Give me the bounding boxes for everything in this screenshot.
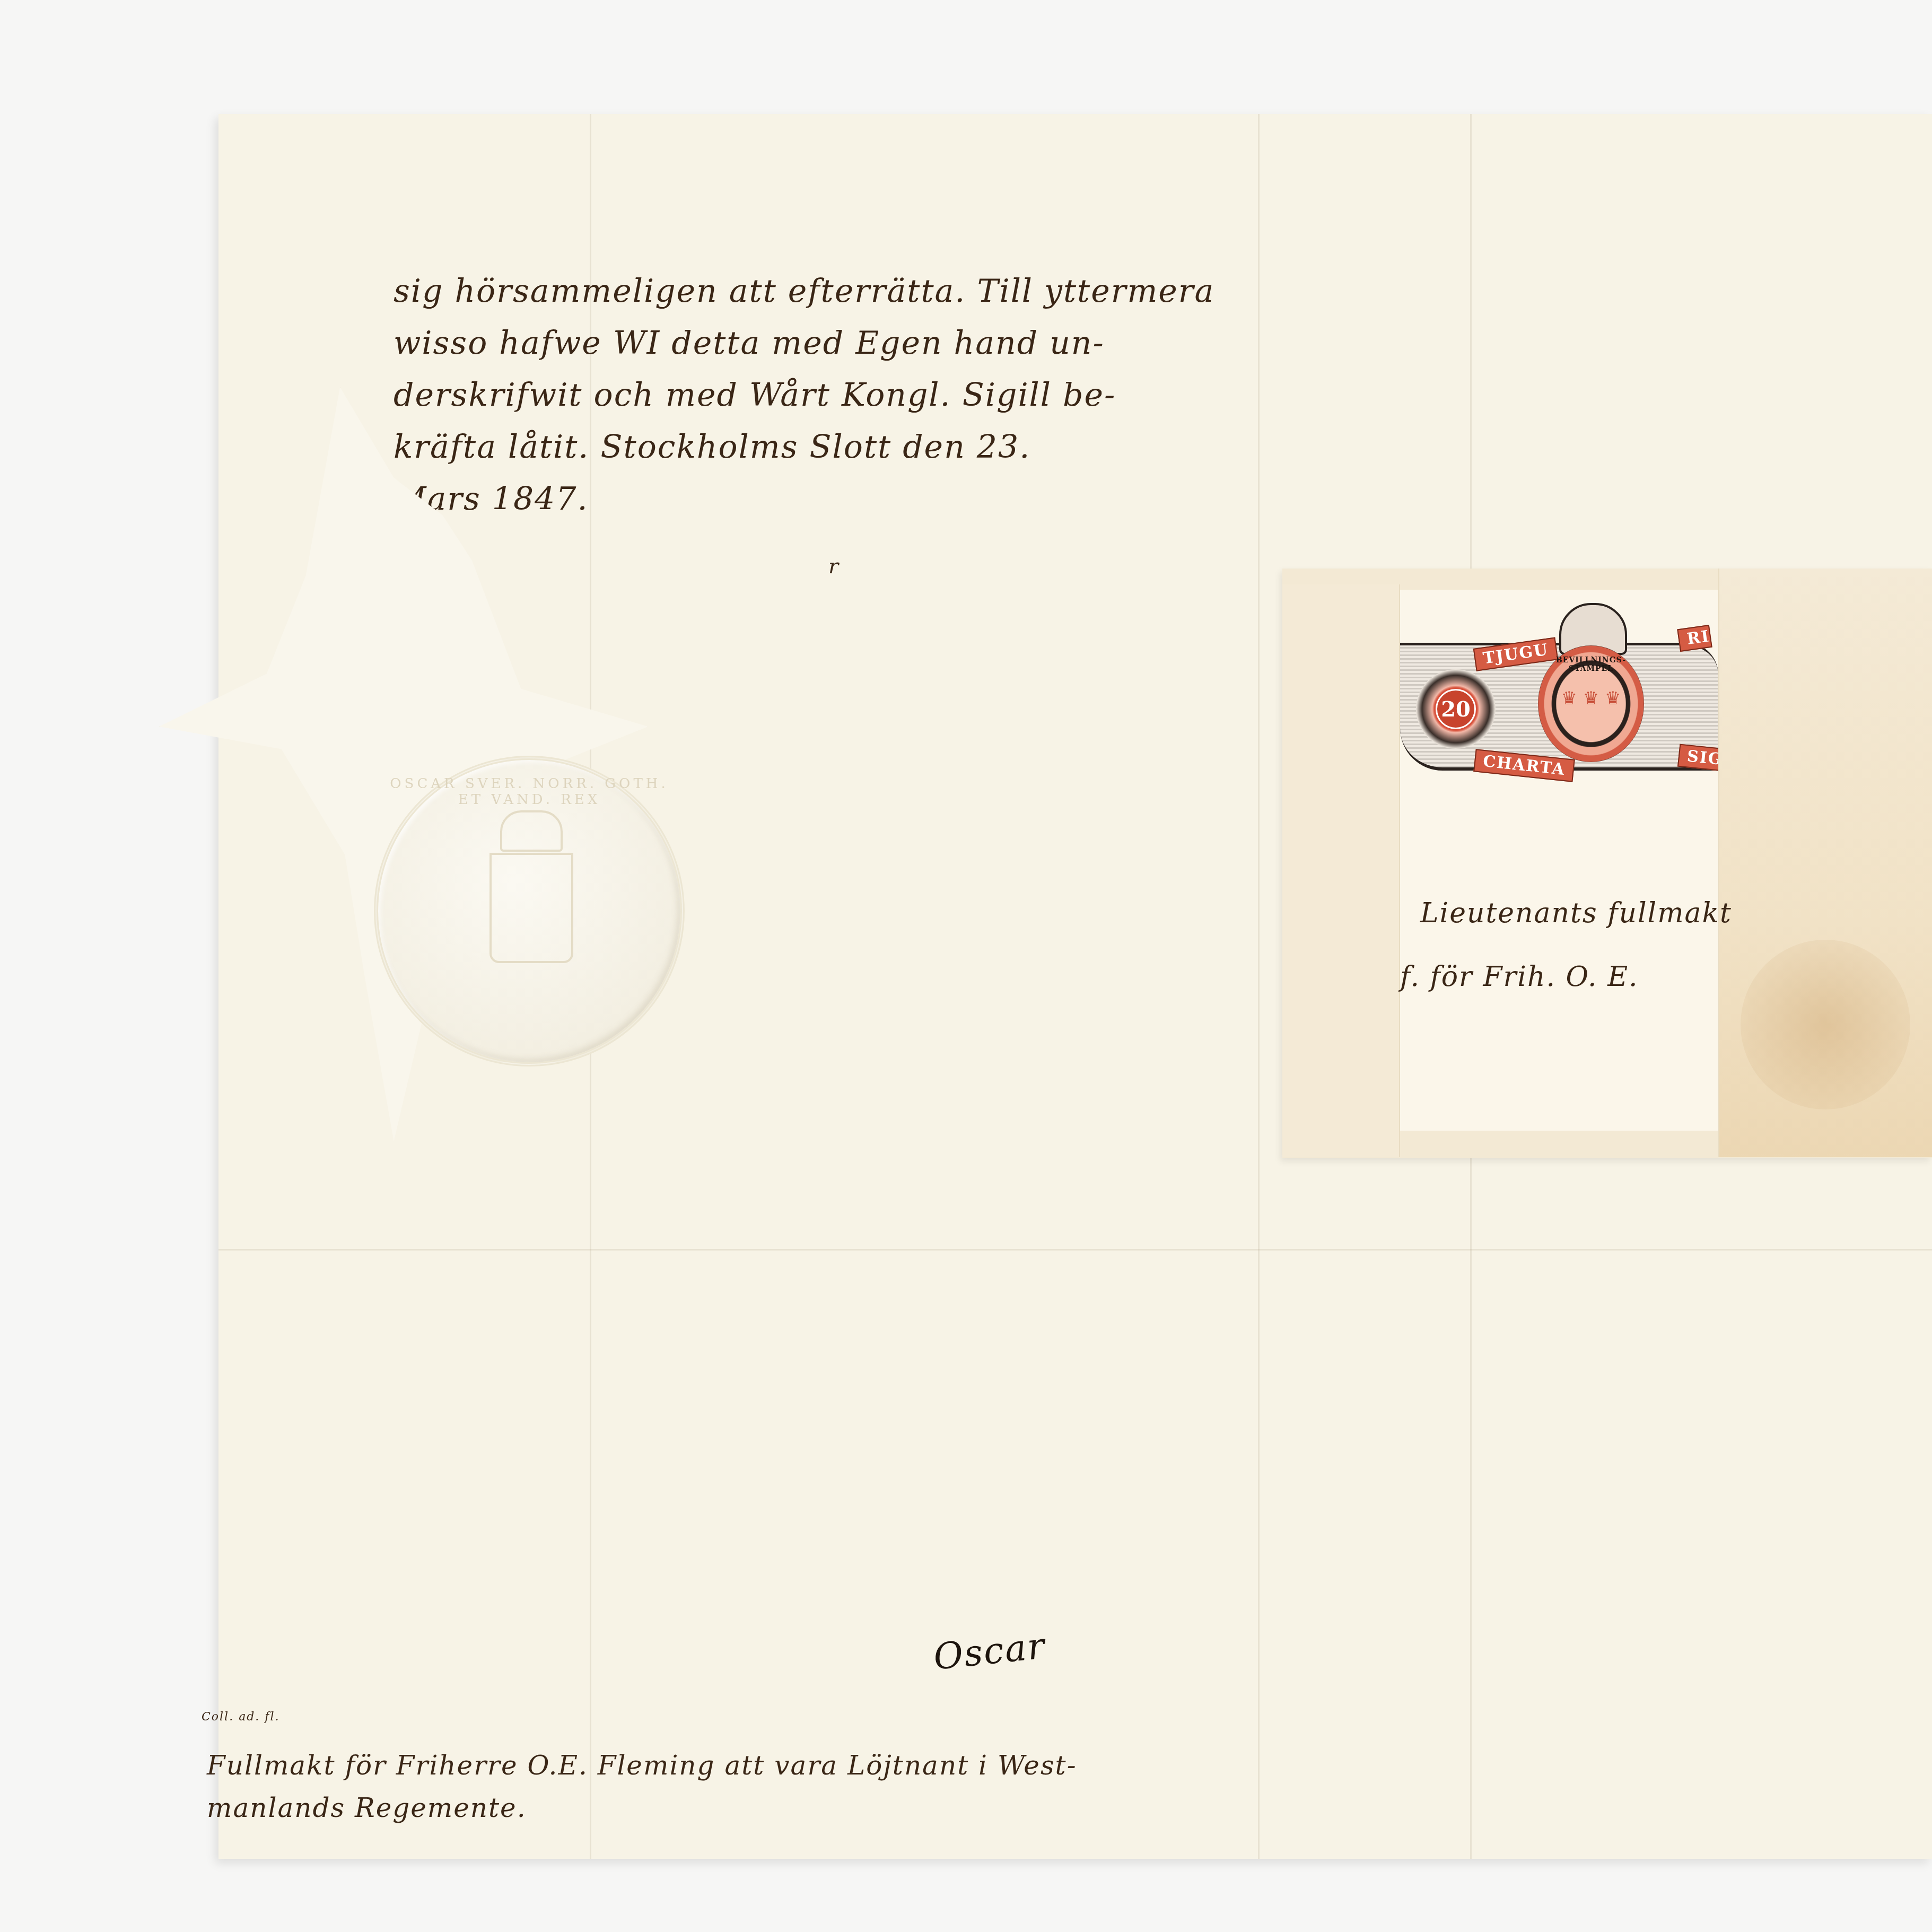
stamp-ribbon-right-top: RI <box>1677 625 1712 652</box>
crest-legend: BEVILLNINGS-STAMPEL <box>1538 656 1644 673</box>
small-ink-mark: r <box>828 554 840 579</box>
docket-note: Coll. ad. fl. <box>202 1710 280 1724</box>
stamp-paper-packet: 20 TJUGU CHARTA RI SIG BEVILLNINGS-STAMP… <box>1282 569 1932 1158</box>
embossed-seal: OSCAR SVER. NORR. GOTH. ET VAND. REX <box>374 756 685 1066</box>
stamp-ribbon-right-bottom: SIG <box>1677 744 1725 772</box>
fold-crease <box>218 1249 1932 1251</box>
text-line: wisso hafwe WI detta med Egen hand un- <box>394 317 1214 369</box>
crown-icon <box>500 810 563 852</box>
stamp-value: 20 <box>1436 689 1476 729</box>
text-line: derskrifwit och med Wårt Kongl. Sigill b… <box>394 369 1214 421</box>
right-flap <box>1718 569 1932 1157</box>
fold-crease <box>1258 114 1260 1859</box>
text-line: Mars 1847. <box>394 473 1214 525</box>
stamp-page-text-line: f. för Frih. O. E. <box>1400 961 1639 993</box>
docket-line: Fullmakt för Friherre O.E. Fleming att v… <box>207 1750 1077 1781</box>
text-line: sig hörsammeligen att efterrätta. Till y… <box>394 265 1214 317</box>
three-crowns-icon: ♛ ♛ ♛ <box>1538 688 1644 709</box>
three-crowns-crest: BEVILLNINGS-STAMPEL ♛ ♛ ♛ <box>1538 645 1644 762</box>
seal-legend: OSCAR SVER. NORR. GOTH. ET VAND. REX <box>378 776 680 808</box>
text-line: kräfta låtit. Stockholms Slott den 23. <box>394 421 1214 473</box>
docket-line: manlands Regemente. <box>207 1793 527 1823</box>
stamp-page-text-line: Lieutenants fullmakt <box>1420 897 1732 929</box>
main-handwritten-text: sig hörsammeligen att efterrätta. Till y… <box>394 265 1214 525</box>
stamp-value-medallion: 20 <box>1416 669 1496 749</box>
foxing-stain <box>1741 940 1910 1109</box>
stamped-inner-page: 20 TJUGU CHARTA RI SIG BEVILLNINGS-STAMP… <box>1400 590 1718 1131</box>
coat-of-arms-shield-icon <box>489 853 573 963</box>
left-flap <box>1282 584 1400 1157</box>
